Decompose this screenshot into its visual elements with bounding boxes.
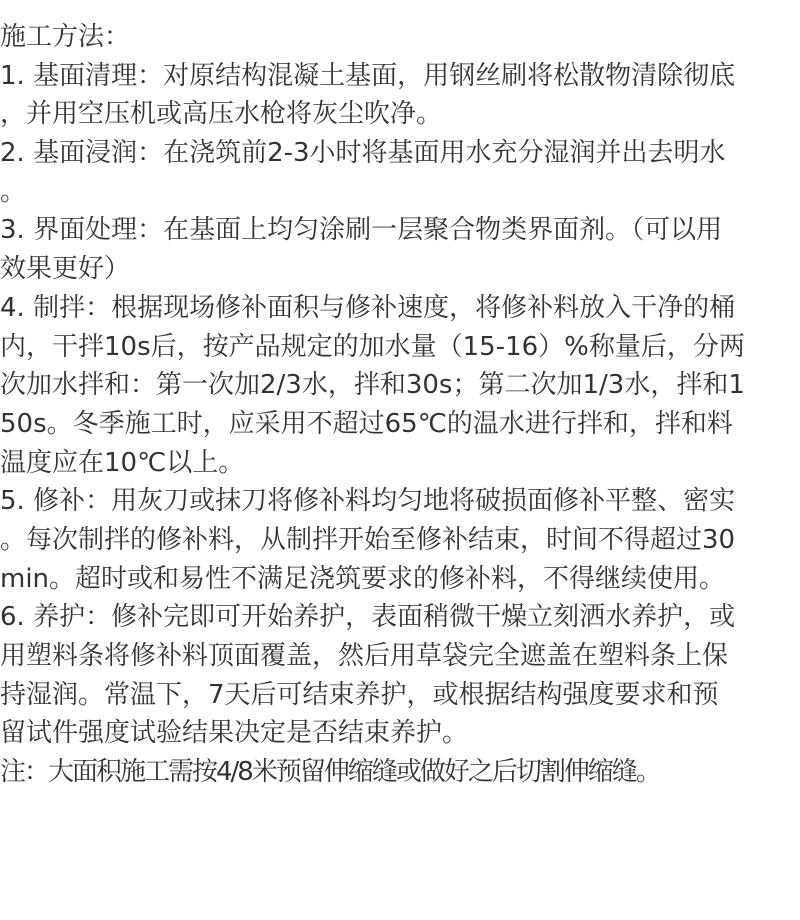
step-4-line-3: 次加水拌和：第一次加2/3水，拌和30s；第二次加1/3水，拌和1	[0, 366, 800, 405]
step-6-line-3: 持湿润。常温下，7天后可结束养护，或根据结构强度要求和预	[0, 676, 800, 715]
step-1-line-1: 1. 基面清理：对原结构混凝土基面，用钢丝刷将松散物清除彻底	[0, 57, 800, 96]
step-2-line-2: 。	[0, 173, 800, 212]
note-line: 注：大面积施工需按4/8米预留伸缩缝或做好之后切割伸缩缝。	[0, 753, 800, 792]
step-6-line-2: 用塑料条将修补料顶面覆盖，然后用草袋完全遮盖在塑料条上保	[0, 637, 800, 676]
step-4-line-2: 内，干拌10s后，按产品规定的加水量（15-16）%称量后，分两	[0, 328, 800, 367]
step-5-line-3: min。超时或和易性不满足浇筑要求的修补料，不得继续使用。	[0, 560, 800, 599]
step-3-line-1: 3. 界面处理：在基面上均匀涂刷一层聚合物类界面剂。（可以用	[0, 211, 800, 250]
construction-method-document: 施工方法： 1. 基面清理：对原结构混凝土基面，用钢丝刷将松散物清除彻底 ，并用…	[0, 18, 800, 792]
step-3-line-2: 效果更好）	[0, 250, 800, 289]
step-5-line-1: 5. 修补：用灰刀或抹刀将修补料均匀地将破损面修补平整、密实	[0, 482, 800, 521]
step-6-line-4: 留试件强度试验结果决定是否结束养护。	[0, 714, 800, 753]
step-2-line-1: 2. 基面浸润：在浇筑前2-3小时将基面用水充分湿润并出去明水	[0, 134, 800, 173]
step-4-line-1: 4. 制拌：根据现场修补面积与修补速度，将修补料放入干净的桶	[0, 289, 800, 328]
step-1-line-2: ，并用空压机或高压水枪将灰尘吹净。	[0, 95, 800, 134]
step-4-line-5: 温度应在10℃以上。	[0, 444, 800, 483]
step-4-line-4: 50s。冬季施工时，应采用不超过65℃的温水进行拌和，拌和料	[0, 405, 800, 444]
section-title: 施工方法：	[0, 18, 800, 57]
step-5-line-2: 。每次制拌的修补料，从制拌开始至修补结束，时间不得超过30	[0, 521, 800, 560]
step-6-line-1: 6. 养护：修补完即可开始养护，表面稍微干燥立刻洒水养护，或	[0, 598, 800, 637]
